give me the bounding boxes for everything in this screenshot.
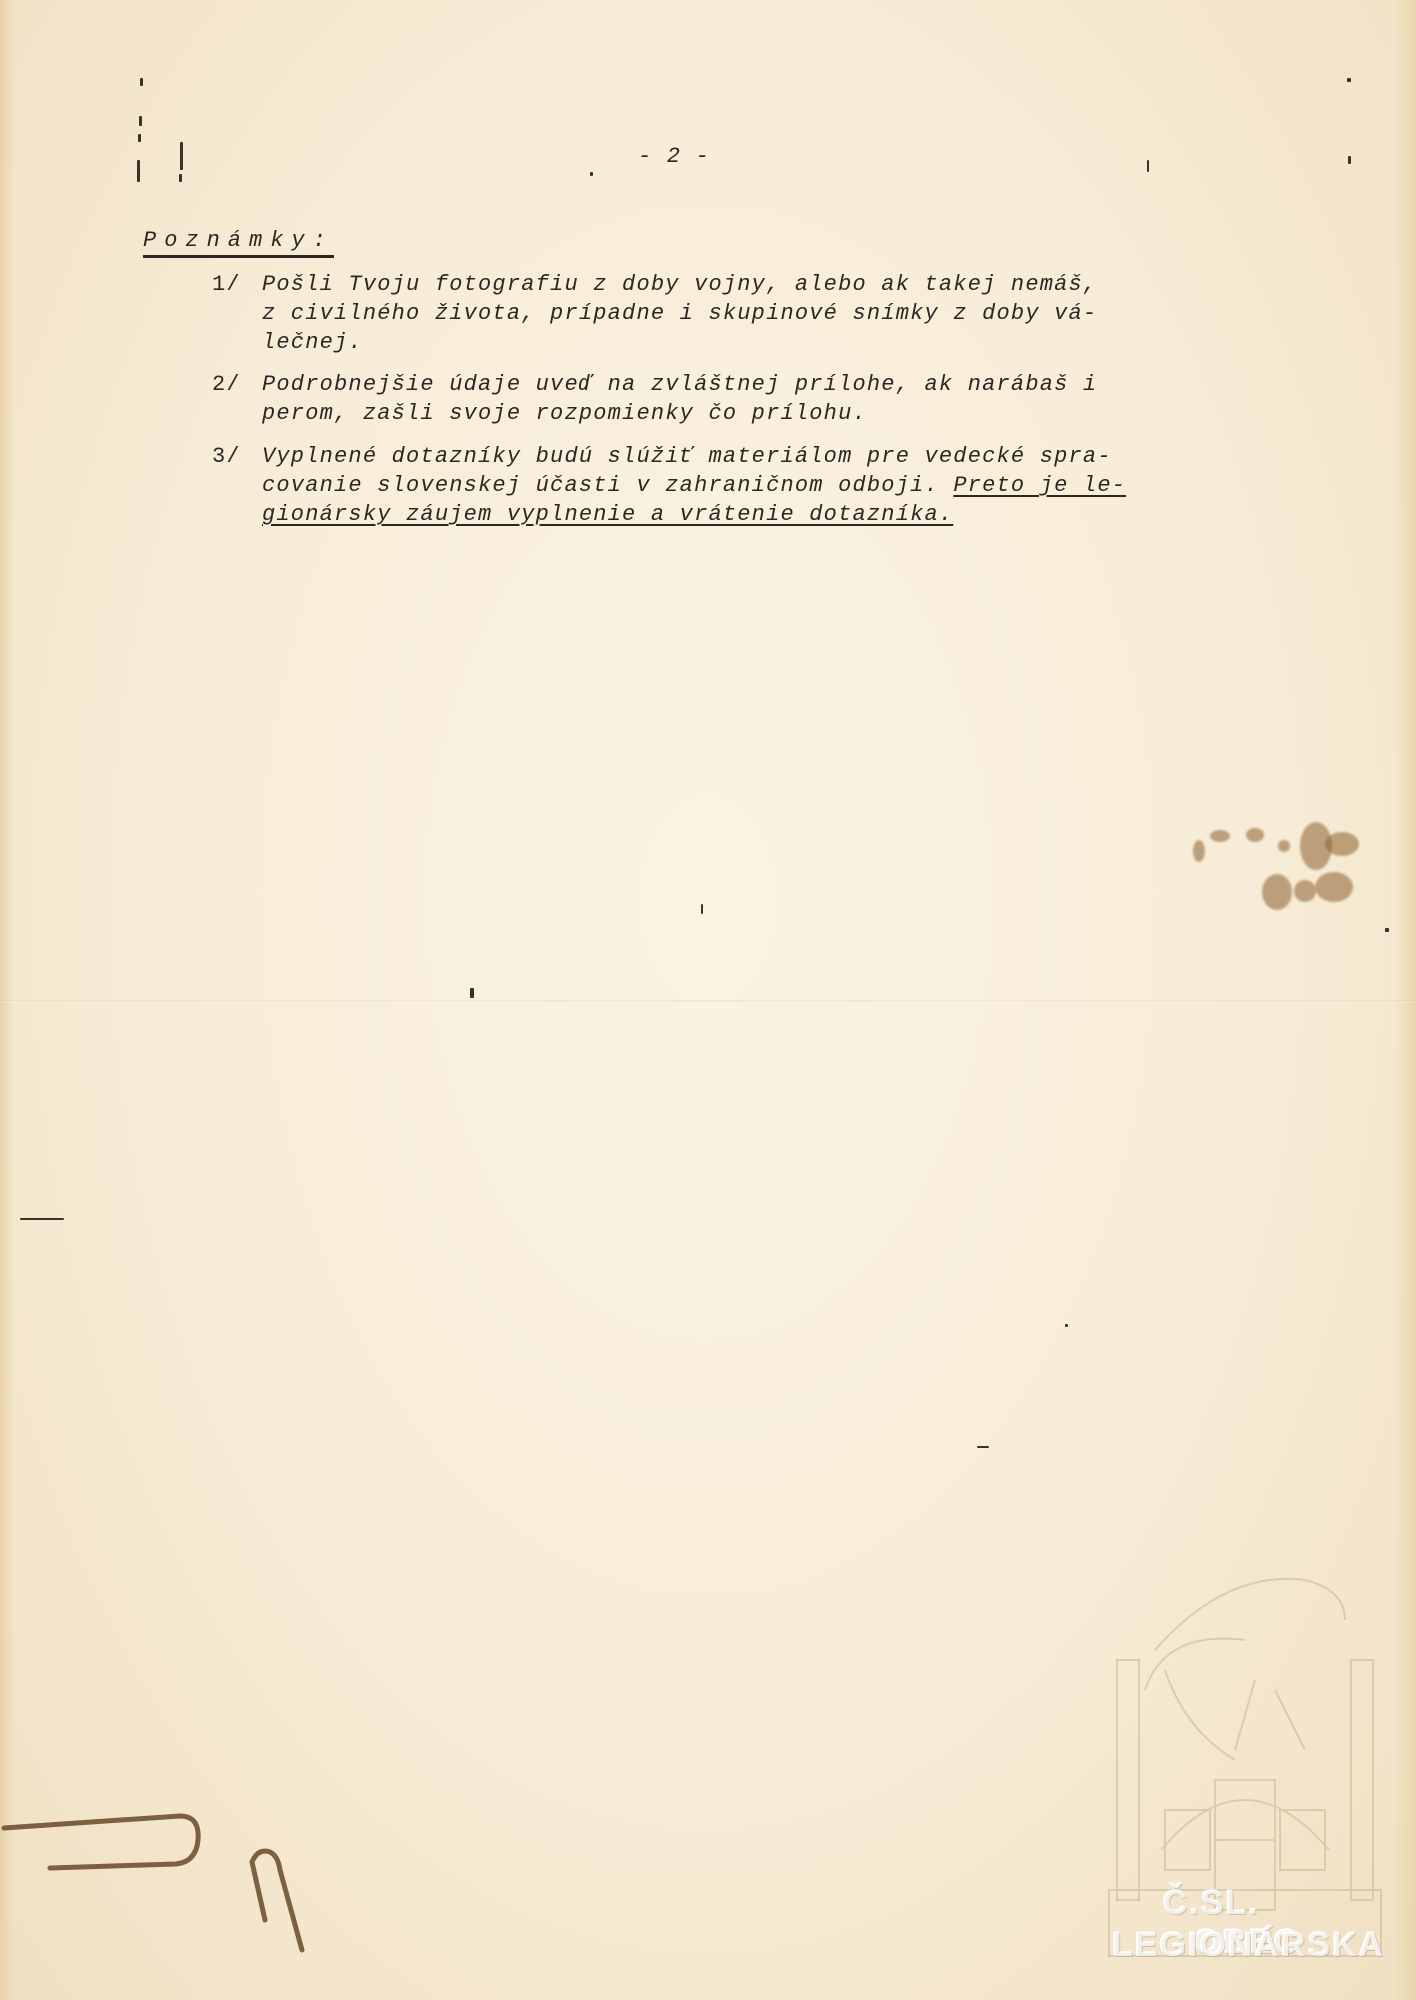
note-number: 1/ (212, 270, 262, 357)
note-1: 1/ Pošli Tvoju fotografiu z doby vojny, … (212, 270, 1302, 357)
note-number: 2/ (212, 370, 262, 428)
note-line: z civilného života, prípadne i skupinové… (262, 299, 1302, 328)
note-number: 3/ (212, 442, 262, 529)
note-2: 2/ Podrobnejšie údaje uveď na zvláštnej … (212, 370, 1302, 428)
note-line: covanie slovenskej účasti v zahraničnom … (262, 471, 1302, 500)
underlined-line: gionársky záujem vyplnenie a vrátenie do… (262, 500, 1302, 529)
underlined-text: Preto je le- (953, 473, 1126, 498)
note-line: lečnej. (262, 328, 1302, 357)
stamp-line-2: LEGIONÁRSKA (1112, 1926, 1382, 1965)
page-number: - 2 - (638, 144, 710, 169)
notes-heading: Poznámky: (143, 228, 334, 258)
note-line: Pošli Tvoju fotografiu z doby vojny, ale… (262, 270, 1302, 299)
note-3: 3/ Vyplnené dotazníky budú slúžiť materi… (212, 442, 1302, 529)
paperclip-rust-mark (0, 1790, 340, 1970)
note-text: covanie slovenskej účasti v zahraničnom … (262, 473, 953, 498)
note-line: Podrobnejšie údaje uveď na zvláštnej prí… (262, 370, 1302, 399)
stamp-text-left: Č.SL. (1163, 1884, 1260, 1922)
note-line: perom, zašli svoje rozpomienky čo príloh… (262, 399, 1302, 428)
note-line: Vyplnené dotazníky budú slúžiť materiálo… (262, 442, 1302, 471)
staple-marks (128, 74, 188, 184)
paper-fold-crease (0, 1000, 1416, 1003)
